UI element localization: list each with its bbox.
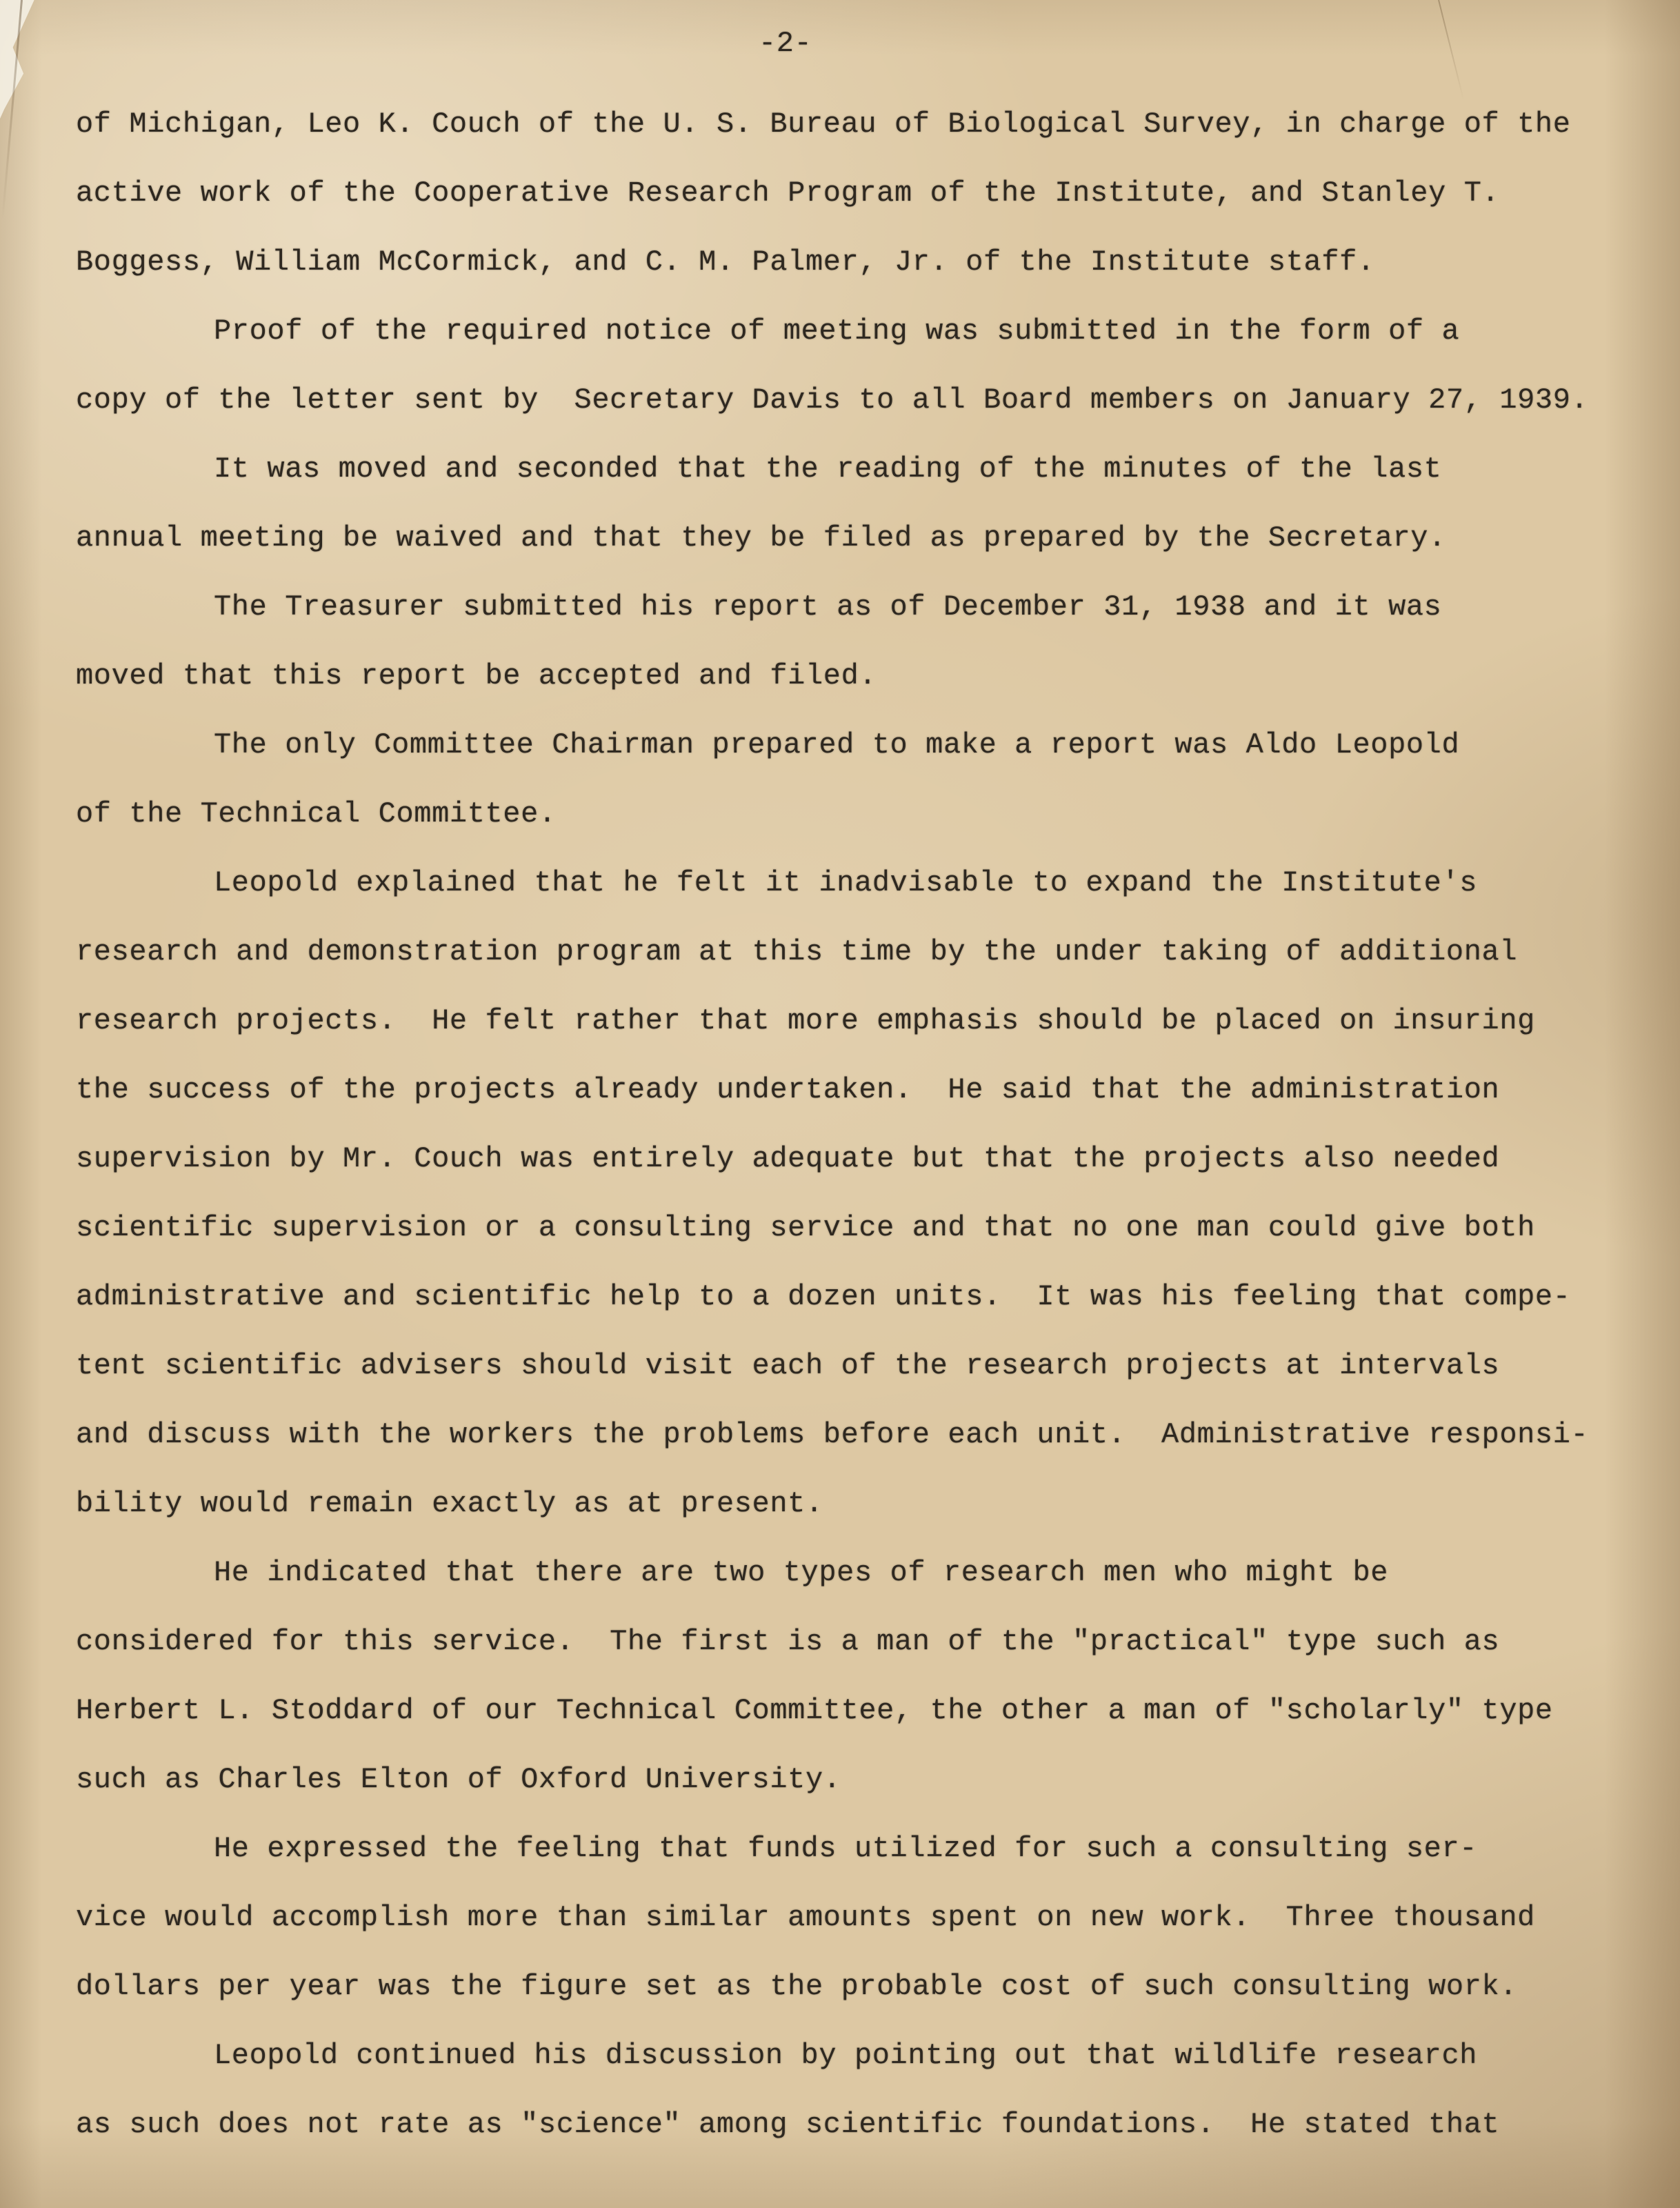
text-line: research projects. He felt rather that m… xyxy=(76,986,1634,1055)
text-line: Leopold explained that he felt it inadvi… xyxy=(76,848,1634,917)
text-line: moved that this report be accepted and f… xyxy=(76,641,1634,710)
page-number: -2- xyxy=(759,26,812,61)
text-line: vice would accomplish more than similar … xyxy=(76,1883,1634,1952)
text-line: such as Charles Elton of Oxford Universi… xyxy=(76,1745,1634,1814)
paper-tear-corner xyxy=(0,0,43,119)
text-line: Boggess, William McCormick, and C. M. Pa… xyxy=(76,228,1634,297)
text-line: and discuss with the workers the problem… xyxy=(76,1400,1634,1469)
text-line: Leopold continued his discussion by poin… xyxy=(76,2021,1634,2090)
text-line: copy of the letter sent by Secretary Dav… xyxy=(76,366,1634,435)
text-line: of Michigan, Leo K. Couch of the U. S. B… xyxy=(76,90,1634,159)
text-line: Proof of the required notice of meeting … xyxy=(76,297,1634,366)
text-line: the success of the projects already unde… xyxy=(76,1055,1634,1124)
text-line: The Treasurer submitted his report as of… xyxy=(76,573,1634,641)
text-line: considered for this service. The first i… xyxy=(76,1607,1634,1676)
text-line: scientific supervision or a consulting s… xyxy=(76,1193,1634,1262)
text-line: of the Technical Committee. xyxy=(76,779,1634,848)
text-line: He expressed the feeling that funds util… xyxy=(76,1814,1634,1883)
text-line: bility would remain exactly as at presen… xyxy=(76,1469,1634,1538)
scanned-document-page: -2- of Michigan, Leo K. Couch of the U. … xyxy=(0,0,1680,2208)
text-line: He indicated that there are two types of… xyxy=(76,1538,1634,1607)
text-line: research and demonstration program at th… xyxy=(76,917,1634,986)
text-line: tent scientific advisers should visit ea… xyxy=(76,1331,1634,1400)
text-line: annual meeting be waived and that they b… xyxy=(76,504,1634,573)
text-line: It was moved and seconded that the readi… xyxy=(76,435,1634,504)
text-line: active work of the Cooperative Research … xyxy=(76,159,1634,228)
text-line: as such does not rate as "science" among… xyxy=(76,2090,1634,2159)
text-line: dollars per year was the figure set as t… xyxy=(76,1952,1634,2021)
text-line: Herbert L. Stoddard of our Technical Com… xyxy=(76,1676,1634,1745)
text-line: administrative and scientific help to a … xyxy=(76,1262,1634,1331)
document-body: of Michigan, Leo K. Couch of the U. S. B… xyxy=(76,90,1634,2159)
text-line: supervision by Mr. Couch was entirely ad… xyxy=(76,1124,1634,1193)
text-line: The only Committee Chairman prepared to … xyxy=(76,710,1634,779)
paper-crease-top xyxy=(1438,0,1464,101)
